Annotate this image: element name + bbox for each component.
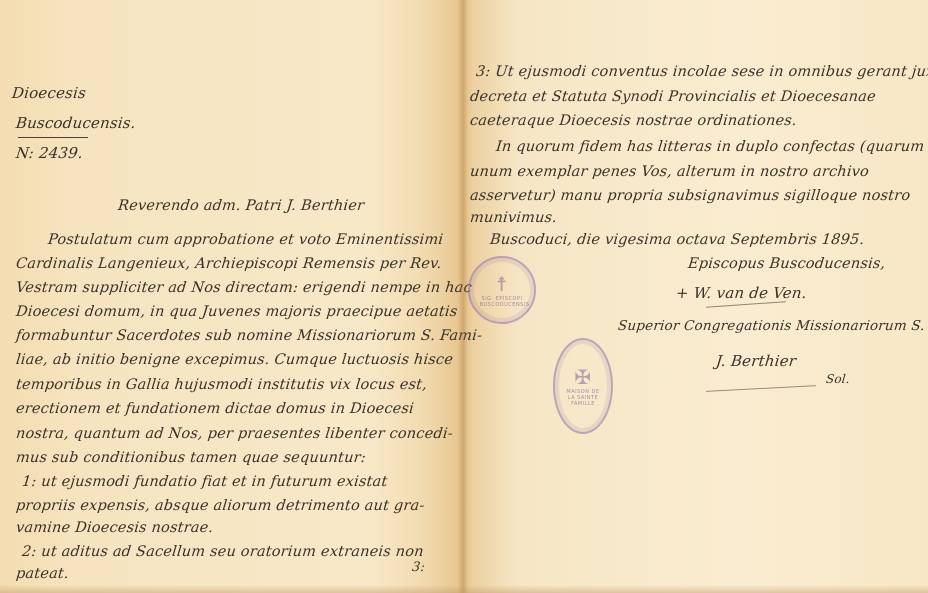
body-line: unum exemplar penes Vos, alterum in nost… [469, 164, 870, 180]
body-line: asservetur) manu propria subsignavimus s… [469, 188, 911, 204]
header-underline [18, 137, 88, 138]
mitre-coat-of-arms-icon: ☨ [480, 272, 525, 296]
salutation: Reverendo adm. Patri J. Berthier [117, 198, 365, 214]
body-line: propriis expensis, absque aliorum detrim… [15, 498, 425, 514]
condition-2: 2: ut aditus ad Sacellum seu oratorium e… [21, 544, 424, 560]
superior-signature: J. Berthier [715, 352, 797, 370]
body-line: In quorum fidem has litteras in duplo co… [495, 139, 925, 155]
superior-signature-suffix: Sol. [825, 372, 850, 386]
body-line: caeteraque Dioecesis nostrae ordinatione… [469, 113, 797, 129]
diocese-header-line1: Dioecesis [11, 84, 87, 102]
superior-title: Superior Congregationis Missionariorum S… [617, 318, 928, 334]
page-footer-catchword: 3: [411, 560, 426, 575]
episcopal-seal-stamp: ☨ SIG. EPISCOPI BUSCODUCENSIS [468, 256, 536, 324]
body-line: erectionem et fundationem dictae domus i… [15, 401, 415, 417]
body-line: Postulatum cum approbatione et voto Emin… [47, 232, 444, 248]
body-line: mus sub conditionibus tamen quae sequunt… [15, 450, 367, 466]
body-line: decreta et Statuta Synodi Provincialis e… [469, 89, 877, 105]
body-line: Cardinalis Langenieux, Archiepiscopi Rem… [15, 256, 442, 272]
body-line: temporibus in Gallia hujusmodi instituti… [15, 377, 428, 393]
body-line: munivimus. [469, 210, 558, 226]
body-line: pateat. [15, 566, 70, 582]
body-line: nostra, quantum ad Nos, per praesentes l… [15, 426, 454, 442]
body-line: formabuntur Sacerdotes sub nomine Missio… [15, 328, 483, 344]
body-line: vamine Dioecesis nostrae. [15, 520, 214, 536]
holy-family-seal-stamp: ✠ MAISON DE LA SAINTE FAMILLE [553, 338, 613, 434]
body-line: liae, ab initio benigne excepimus. Cumqu… [15, 352, 454, 368]
dateline: Buscoduci, die vigesima octava Septembri… [489, 232, 865, 248]
signature-flourish [706, 385, 816, 392]
document-spread: Dioecesis Buscoducensis. N: 2439. Revere… [0, 0, 928, 593]
body-line: Vestram suppliciter ad Nos directam: eri… [15, 280, 473, 296]
condition-1: 1: ut ejusmodi fundatio fiat et in futur… [21, 474, 388, 490]
condition-3: 3: Ut ejusmodi conventus incolae sese in… [475, 64, 928, 80]
seal-text: SIG. EPISCOPI BUSCODUCENSIS [480, 296, 530, 308]
body-line: Dioecesi domum, in qua Juvenes majoris p… [15, 304, 458, 320]
left-page: Dioecesis Buscoducensis. N: 2439. Revere… [0, 0, 462, 593]
signature-flourish [706, 301, 786, 308]
bishop-title: Episcopus Buscoducensis, [687, 256, 886, 272]
diocese-header-line2: Buscoducensis. [15, 114, 137, 132]
seal-text: MAISON DE LA SAINTE FAMILLE [566, 389, 599, 407]
bishop-signature: + W. van de Ven. [675, 284, 808, 302]
holy-family-figures-icon: ✠ [563, 365, 602, 389]
reference-number: N: 2439. [15, 144, 84, 162]
page-bottom-edge [0, 585, 928, 593]
